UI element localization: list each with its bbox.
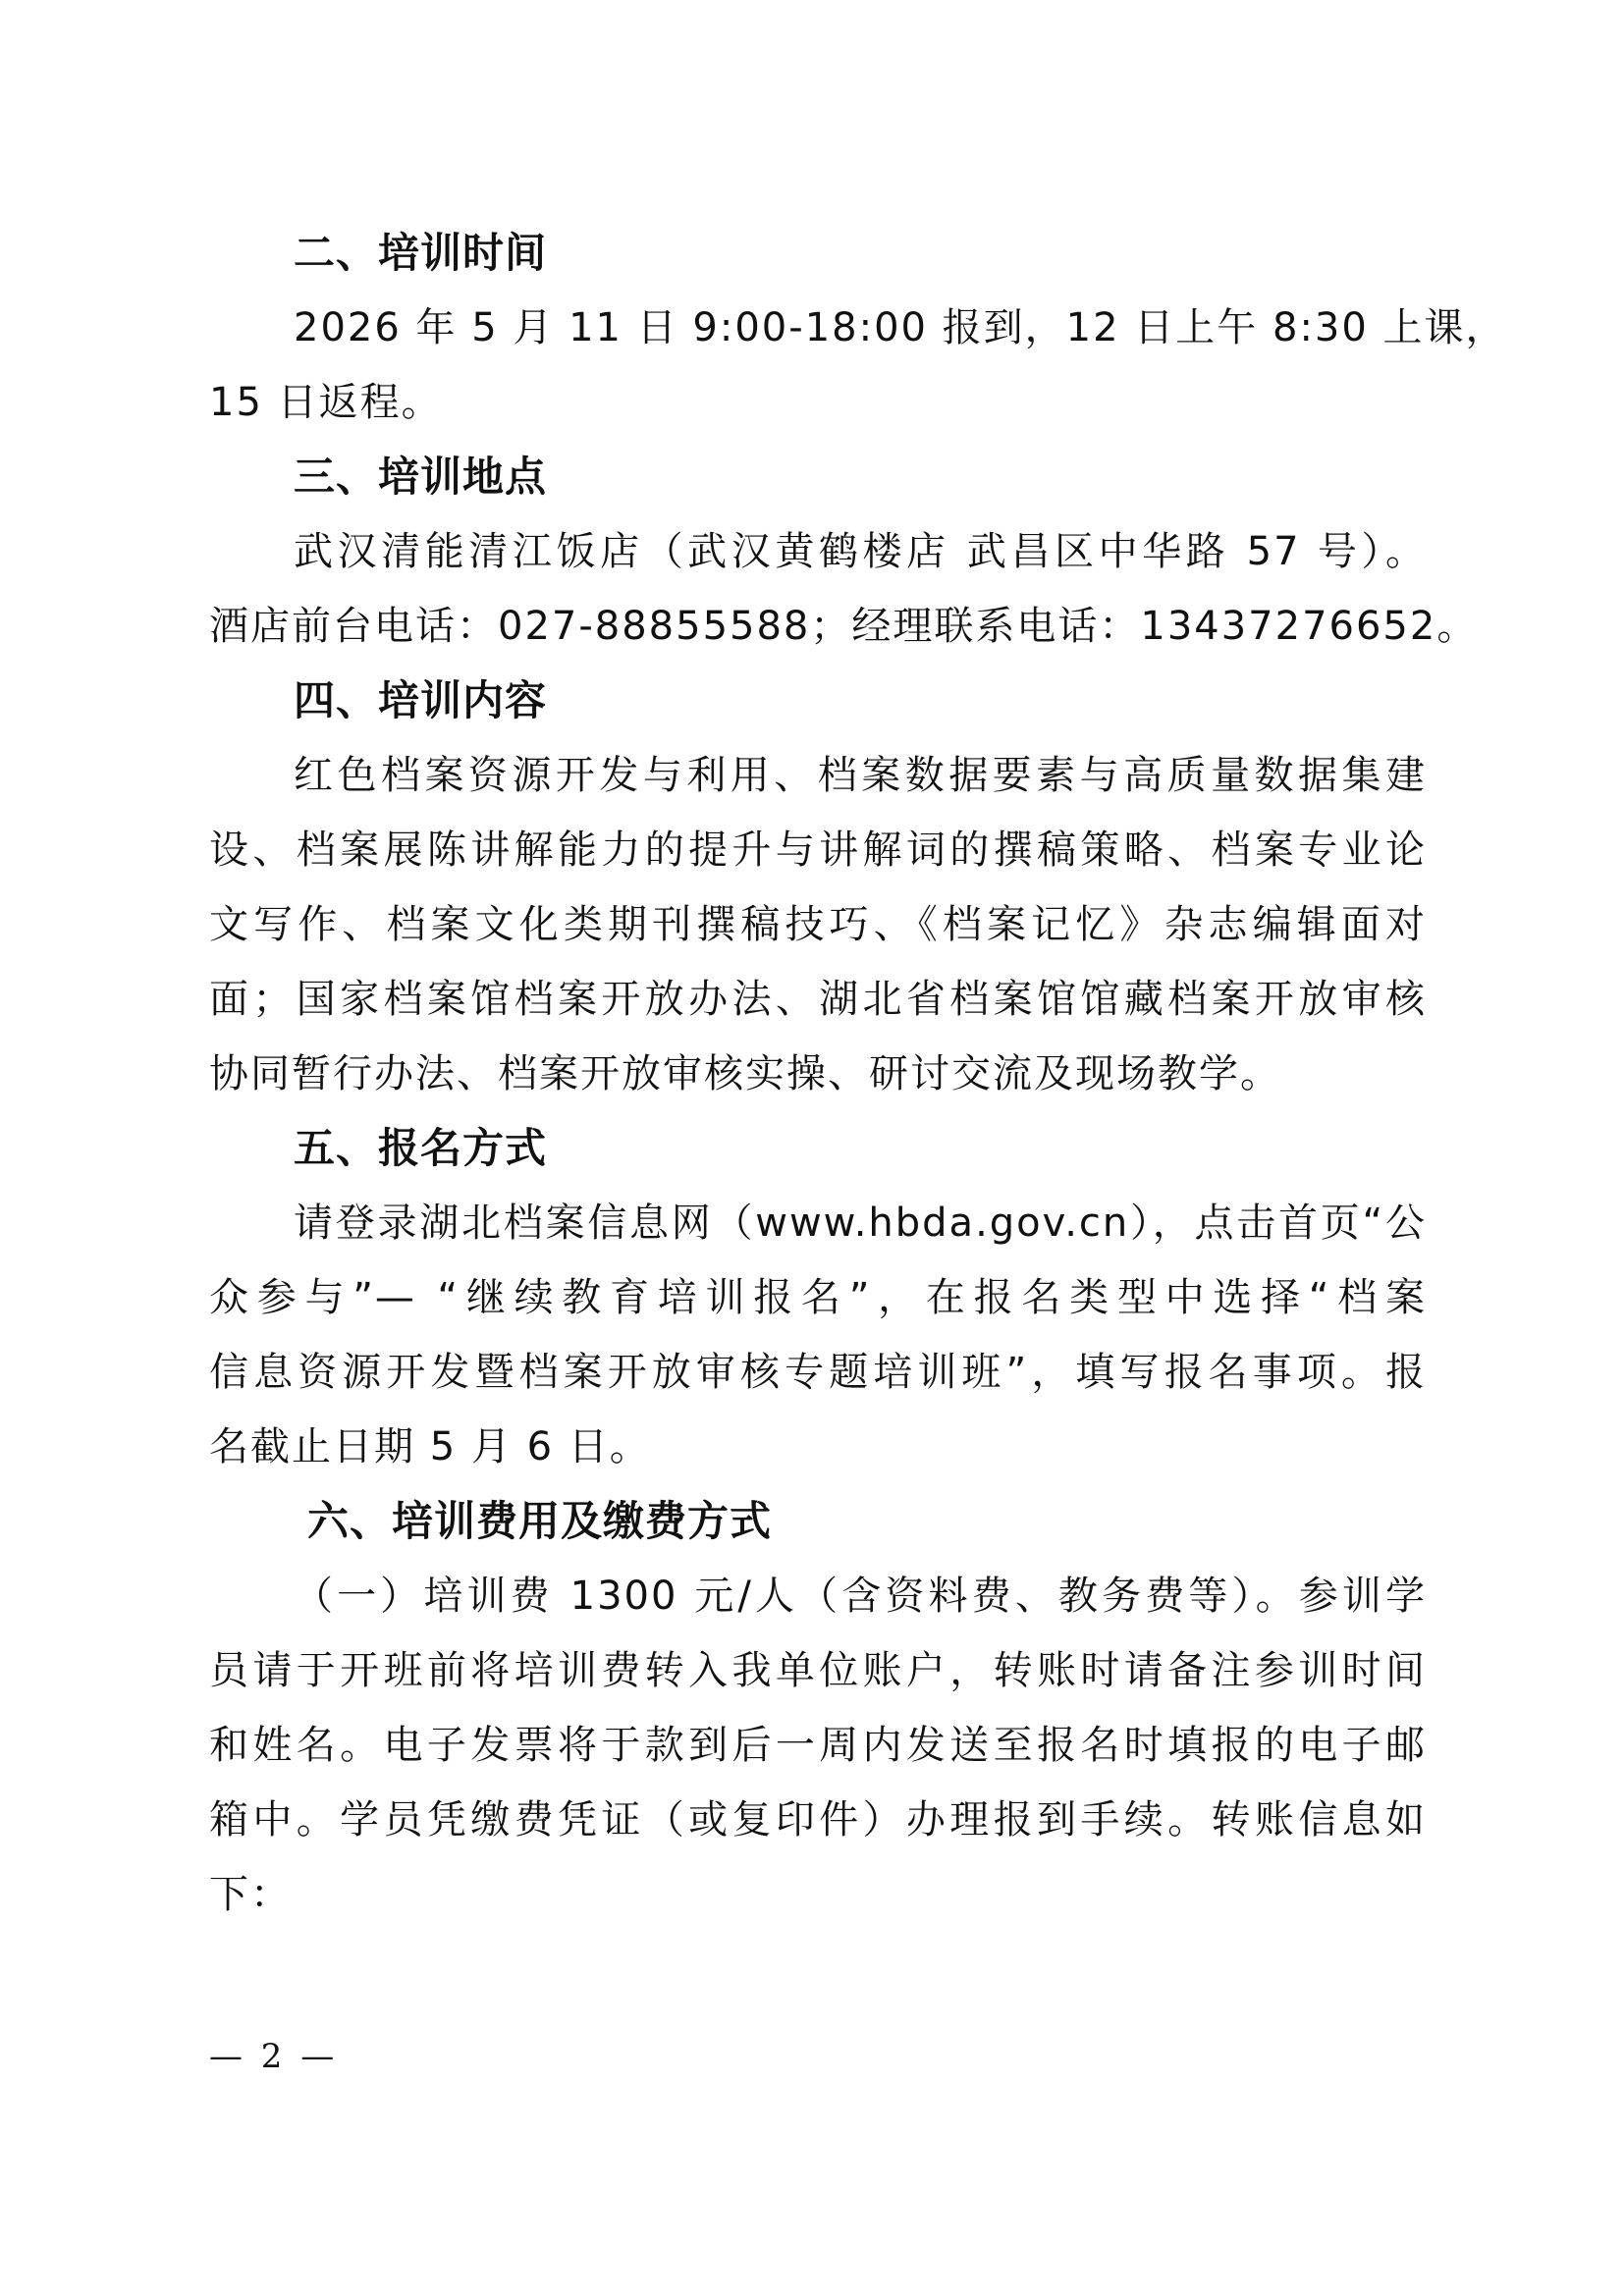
section-paragraph: 请登录湖北档案信息网（www.hbda.gov.cn），点击首页“公 众参与”—… — [209, 1186, 1427, 1484]
paragraph-line: 员请于开班前将培训费转入我单位账户，转账时请备注参训时间 — [209, 1633, 1427, 1708]
section-paragraph: 武汉清能清江饭店（武汉黄鹤楼店 武昌区中华路 57 号）。 酒店前台电话：027… — [209, 514, 1427, 664]
paragraph-line: 协同暂行办法、档案开放审核实操、研讨交流及现场教学。 — [209, 1037, 1427, 1111]
paragraph-line: 箱中。学员凭缴费凭证（或复印件）办理报到手续。转账信息如 — [209, 1783, 1427, 1857]
section-training-content: 四、培训内容 红色档案资源开发与利用、档案数据要素与高质量数据集建 设、档案展陈… — [209, 664, 1427, 1111]
paragraph-line: 下： — [209, 1857, 1427, 1932]
section-registration-method: 五、报名方式 请登录湖北档案信息网（www.hbda.gov.cn），点击首页“… — [209, 1111, 1427, 1484]
section-heading: 六、培训费用及缴费方式 — [209, 1484, 1427, 1559]
section-paragraph: （一）培训费 1300 元/人（含资料费、教务费等）。参训学 员请于开班前将培训… — [209, 1559, 1427, 1932]
paragraph-line: 红色档案资源开发与利用、档案数据要素与高质量数据集建 — [209, 738, 1427, 813]
paragraph-line: 酒店前台电话：027-88855588；经理联系电话：13437276652。 — [209, 589, 1427, 664]
paragraph-line: 文写作、档案文化类期刊撰稿技巧、《档案记忆》杂志编辑面对 — [209, 887, 1427, 962]
section-fees-and-payment: 六、培训费用及缴费方式 （一）培训费 1300 元/人（含资料费、教务费等）。参… — [209, 1484, 1427, 1932]
paragraph-line: 武汉清能清江饭店（武汉黄鹤楼店 武昌区中华路 57 号）。 — [209, 514, 1427, 589]
section-training-location: 三、培训地点 武汉清能清江饭店（武汉黄鹤楼店 武昌区中华路 57 号）。 酒店前… — [209, 440, 1427, 664]
paragraph-line: 和姓名。电子发票将于款到后一周内发送至报名时填报的电子邮 — [209, 1708, 1427, 1783]
section-heading: 二、培训时间 — [209, 216, 1427, 291]
section-heading: 四、培训内容 — [209, 664, 1427, 738]
section-paragraph: 2026 年 5 月 11 日 9:00-18:00 报到，12 日上午 8:3… — [209, 291, 1427, 440]
section-heading: 五、报名方式 — [209, 1111, 1427, 1186]
document-page: 二、培训时间 2026 年 5 月 11 日 9:00-18:00 报到，12 … — [209, 216, 1427, 1932]
paragraph-line: 15 日返程。 — [209, 365, 1427, 440]
paragraph-line: （一）培训费 1300 元/人（含资料费、教务费等）。参训学 — [209, 1559, 1427, 1633]
page-number: — 2 — — [209, 2037, 338, 2076]
section-paragraph: 红色档案资源开发与利用、档案数据要素与高质量数据集建 设、档案展陈讲解能力的提升… — [209, 738, 1427, 1111]
paragraph-line: 设、档案展陈讲解能力的提升与讲解词的撰稿策略、档案专业论 — [209, 813, 1427, 887]
paragraph-line: 众参与”— “继续教育培训报名”，在报名类型中选择“档案 — [209, 1260, 1427, 1335]
paragraph-line: 请登录湖北档案信息网（www.hbda.gov.cn），点击首页“公 — [209, 1186, 1427, 1260]
paragraph-line: 2026 年 5 月 11 日 9:00-18:00 报到，12 日上午 8:3… — [209, 291, 1427, 365]
section-heading: 三、培训地点 — [209, 440, 1427, 514]
section-training-time: 二、培训时间 2026 年 5 月 11 日 9:00-18:00 报到，12 … — [209, 216, 1427, 440]
paragraph-line: 名截止日期 5 月 6 日。 — [209, 1410, 1427, 1484]
paragraph-line: 信息资源开发暨档案开放审核专题培训班”，填写报名事项。报 — [209, 1335, 1427, 1410]
paragraph-line: 面；国家档案馆档案开放办法、湖北省档案馆馆藏档案开放审核 — [209, 962, 1427, 1037]
